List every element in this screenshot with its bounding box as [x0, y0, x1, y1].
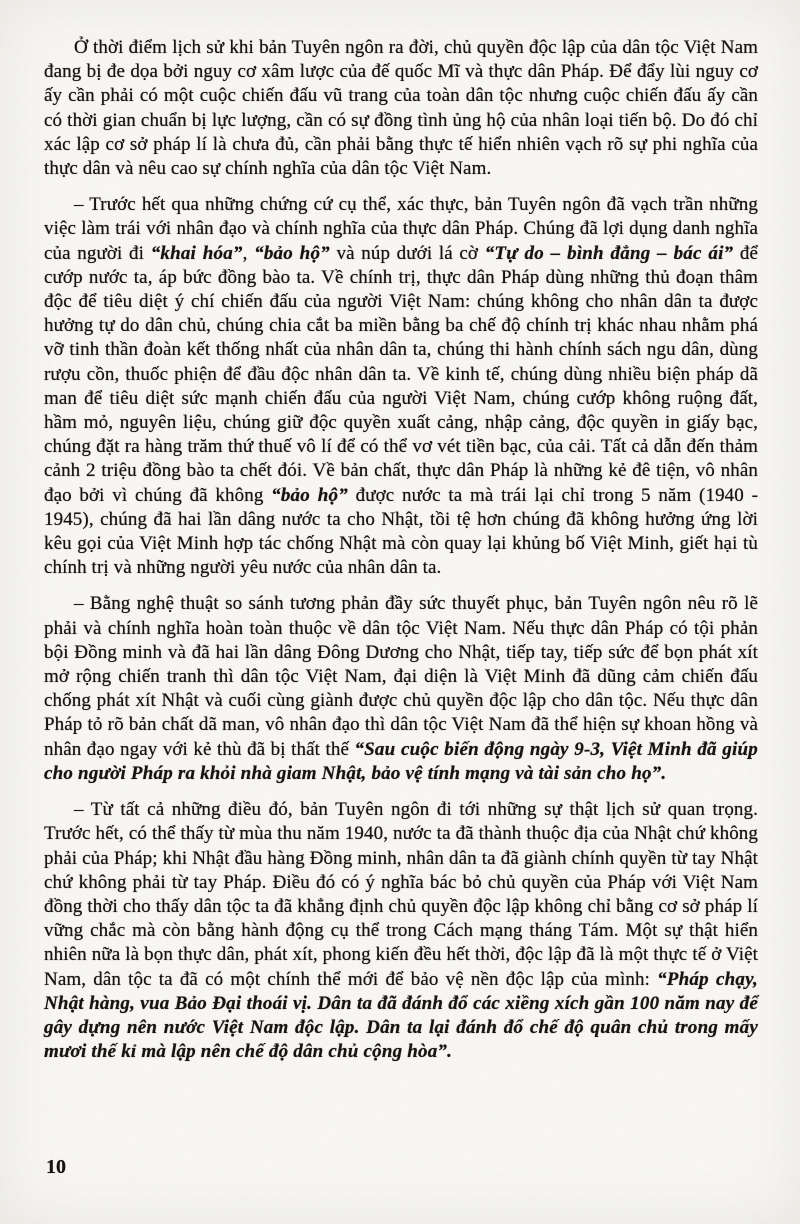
- page-text: Ở thời điểm lịch sử khi bản Tuyên ngôn r…: [44, 36, 758, 1064]
- paragraph-evidence: – Trước hết qua những chứng cứ cụ thể, x…: [44, 193, 758, 580]
- body-text: – Bằng nghệ thuật so sánh tương phản đầy…: [44, 593, 758, 759]
- body-text: để cướp nước ta, áp bức đồng bào ta. Về …: [44, 243, 758, 506]
- scanned-book-page: Ở thời điểm lịch sử khi bản Tuyên ngôn r…: [0, 0, 800, 1224]
- paragraph-conclusion: – Từ tất cả những điều đó, bản Tuyên ngô…: [44, 798, 758, 1064]
- quoted-italic-text: “khai hóa”: [151, 243, 243, 264]
- paragraph-contrast: – Bằng nghệ thuật so sánh tương phản đầy…: [44, 592, 758, 786]
- body-text: – Từ tất cả những điều đó, bản Tuyên ngô…: [44, 799, 758, 989]
- body-text: ,: [243, 243, 255, 264]
- paragraph-intro: Ở thời điểm lịch sử khi bản Tuyên ngôn r…: [44, 36, 758, 181]
- quoted-italic-text: “Tự do – bình đẳng – bác ái”: [485, 243, 734, 264]
- quoted-italic-text: “bảo hộ”: [254, 243, 330, 264]
- quoted-italic-text: “bảo hộ”: [271, 485, 348, 506]
- page-number: 10: [46, 1156, 66, 1179]
- body-text: và núp dưới lá cờ: [330, 243, 485, 264]
- body-text: Ở thời điểm lịch sử khi bản Tuyên ngôn r…: [44, 37, 758, 179]
